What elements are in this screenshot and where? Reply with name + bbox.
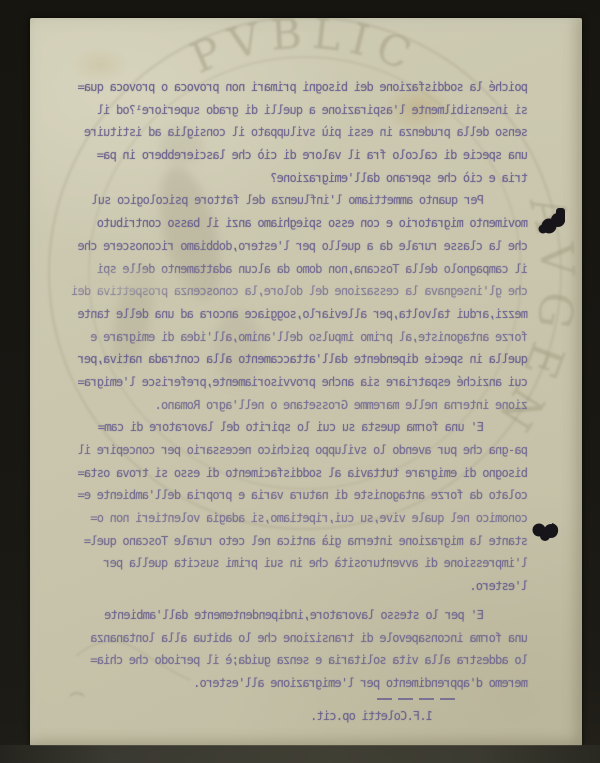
seal-top-text: PVBLIC xyxy=(184,18,427,83)
typed-line: pa-gna che pur avendo lo sviluppo psichi… xyxy=(30,439,528,462)
photo-bottom-edge xyxy=(0,745,600,763)
typed-line: cui anziché espatriare sia anche provvis… xyxy=(30,371,528,394)
typed-line: l'estero. xyxy=(30,575,528,598)
footnote-citation: 1.F.Coletti op.cit. xyxy=(30,709,433,723)
typed-line: tria e ciò che sperano dall'emigrazione? xyxy=(30,167,528,190)
typed-line: quella in specie dipendente dall'attacca… xyxy=(30,348,528,371)
typed-line: lo addestra alla vita solitaria e senza … xyxy=(30,649,528,672)
typed-line: conomico nel quale vive,su cui,ripetiamo… xyxy=(30,507,528,530)
typed-line: forze antagoniste,al primo impulso dell'… xyxy=(30,326,528,349)
typed-line: zione interna nelle maremme Grossetane o… xyxy=(30,394,528,417)
typed-line: colato da forze antagoniste di natura va… xyxy=(30,484,528,507)
typed-line: senso della prudenza in essi più svilupp… xyxy=(30,121,528,144)
typed-line: bisogno di emigrare tuttavia al soddisfa… xyxy=(30,462,528,485)
svg-text:PVBLIC: PVBLIC xyxy=(184,18,427,83)
typed-line: il campagnolo della Toscana,non domo da … xyxy=(30,258,528,281)
typed-line: una specie di calcolo fra il valore di c… xyxy=(30,144,528,167)
typed-line: meremo d'apprendimento per l'emigrazione… xyxy=(30,672,528,695)
typed-line: si insensibilmente l'aspirazione a quell… xyxy=(30,99,528,122)
typed-line: che gl'insegnava la cessazione del dolor… xyxy=(30,280,528,303)
typed-line: l'impressione di avventurosità che in su… xyxy=(30,552,528,575)
typed-line: poiché la soddisfazione dei bisogni prim… xyxy=(30,76,528,99)
typed-text-layer: poiché la soddisfazione dei bisogni prim… xyxy=(30,76,582,723)
typed-line: E' per lo stesso lavoratore,indipendente… xyxy=(30,604,484,627)
typed-line: E' una forma questa su cui lo spirito de… xyxy=(30,416,484,439)
typed-line: una forma inconsapevole di transizione c… xyxy=(30,627,528,650)
footnote-separator xyxy=(375,698,455,700)
paper-sheet: PVBLIC AVGEN poiché la soddisfazione dei… xyxy=(30,18,582,746)
typed-line: movimento migratorio e con esso spieghia… xyxy=(30,212,528,235)
typed-line: che la classe rurale da a quello per l'e… xyxy=(30,235,528,258)
photo-background: PVBLIC AVGEN poiché la soddisfazione dei… xyxy=(0,0,600,763)
typed-line: mezzi,ardui talvolta,per alleviarlo,sogg… xyxy=(30,303,528,326)
typed-line: stante la migrazione interna già antica … xyxy=(30,530,528,553)
typed-lines-container: poiché la soddisfazione dei bisogni prim… xyxy=(30,76,582,695)
typed-line: Per quanto ammettiamo l'influenza del fa… xyxy=(30,189,484,212)
